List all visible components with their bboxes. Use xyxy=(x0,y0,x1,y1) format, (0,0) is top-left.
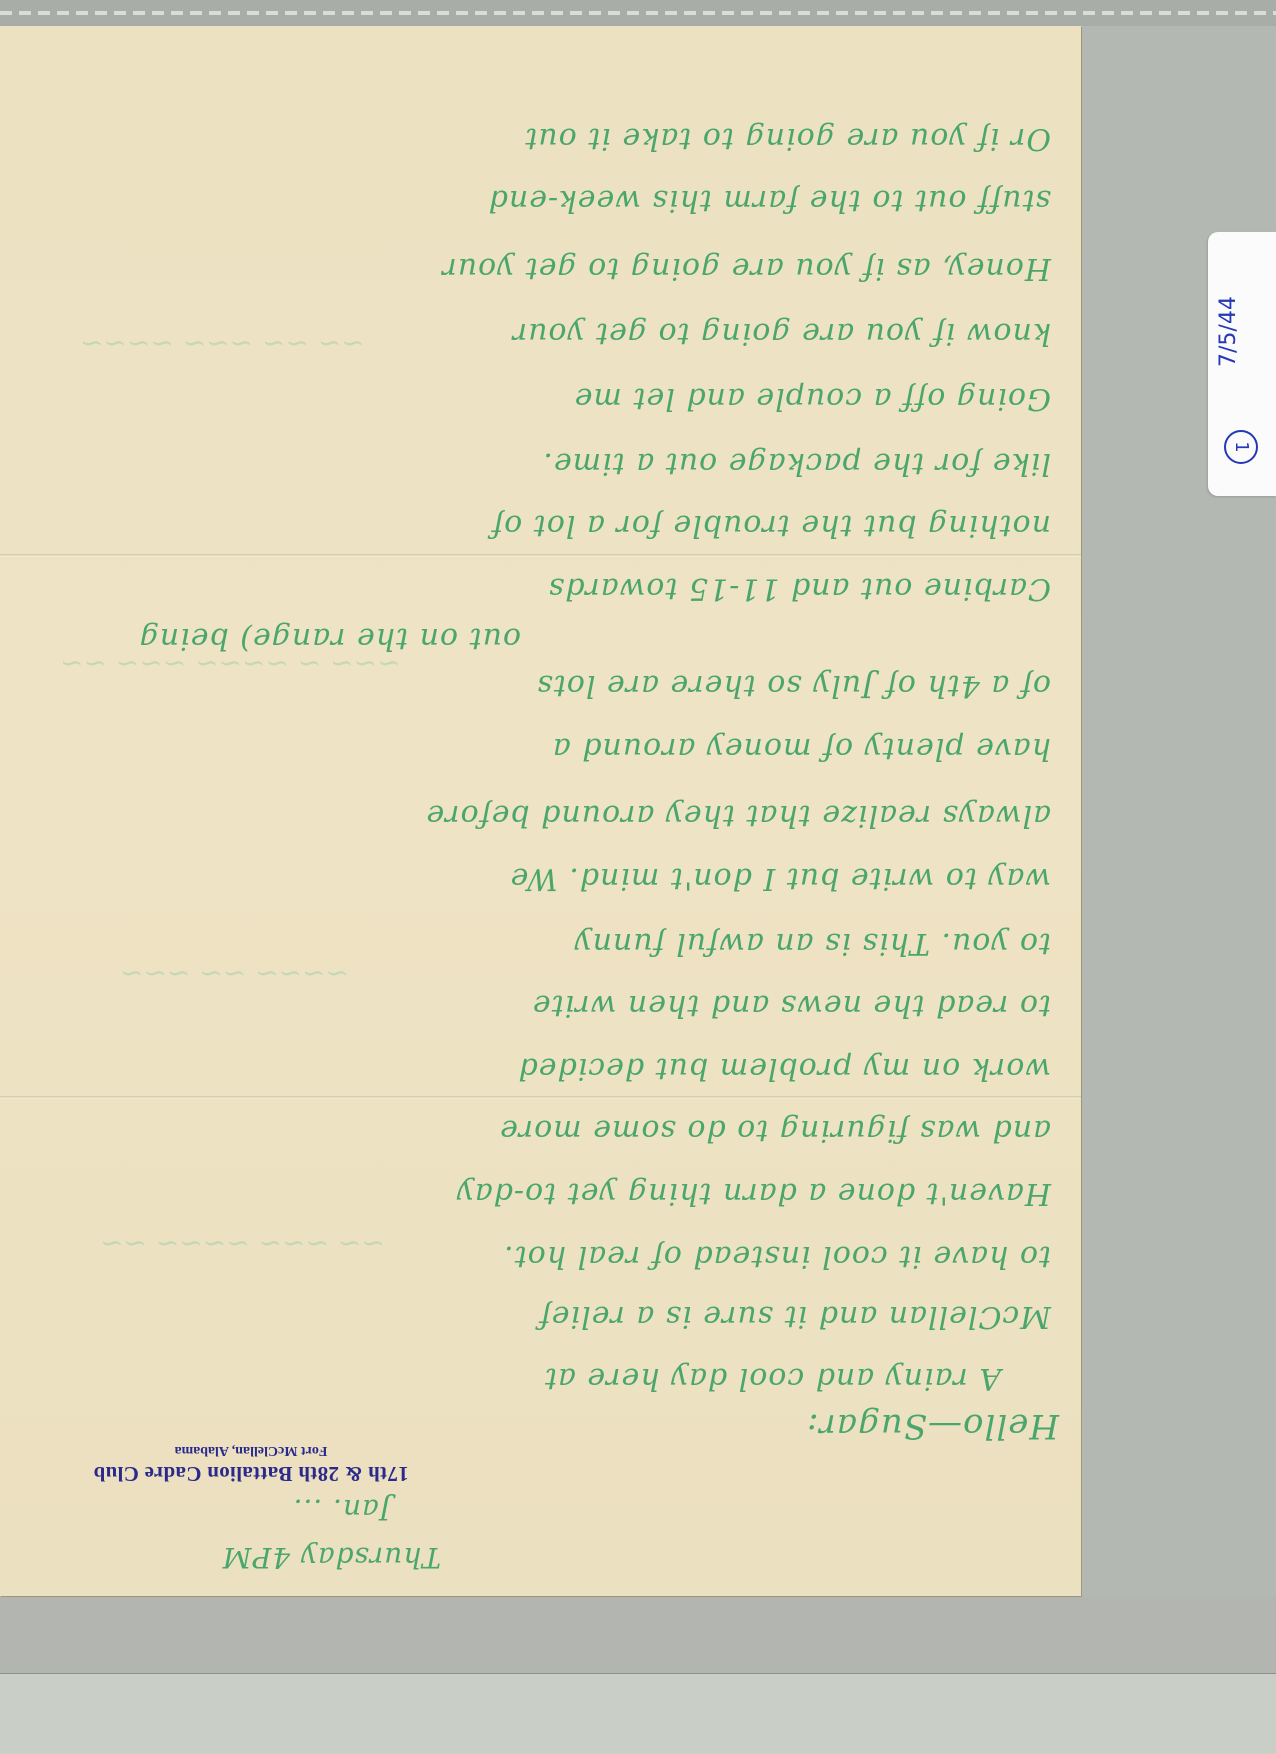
letterhead-title: 17th & 28th Battalion Cadre Club xyxy=(71,1461,431,1486)
body-line: and was figuring to do some more xyxy=(499,1113,1051,1148)
body-line: Or if you are going to take it out xyxy=(524,121,1051,156)
body-line: Going off a couple and let me xyxy=(574,381,1051,416)
body-line: of a 4th of July so there are lots xyxy=(536,668,1051,703)
perforation-line xyxy=(0,11,1276,15)
date-line: Jan. ... xyxy=(293,1493,391,1526)
body-line: Haven't done a darn thing yet to-day xyxy=(456,1176,1051,1211)
body-line: Honey, as if you are going to get your xyxy=(441,251,1051,286)
body-line: nothing but the trouble for a lot of xyxy=(491,508,1051,543)
body-line: like for the package out a time. xyxy=(542,446,1051,481)
tab-date: 7/5/44 xyxy=(1216,272,1266,392)
body-line: stuff out to the farm this week-end xyxy=(488,183,1051,218)
scanner-bed-band xyxy=(0,1597,1276,1674)
body-line: way to write but I don't mind. We xyxy=(510,861,1051,896)
body-line: McClellan and it sure is a relief xyxy=(539,1299,1051,1334)
body-line: Carbine out and 11-15 towards xyxy=(548,571,1051,606)
body-line: always realize that they around before xyxy=(425,798,1051,833)
page-number-badge: 1 xyxy=(1224,430,1258,464)
letter-content-rotated: Thursday 4PM Jan. ... 17th & 28th Battal… xyxy=(0,26,1081,1596)
day-time: Thursday 4PM xyxy=(222,1541,441,1574)
body-line: to have it cool instead of real hot. xyxy=(503,1239,1051,1274)
greeting: Hello—Sugar: xyxy=(806,1406,1059,1446)
body-line: to you. This is an awful funny xyxy=(574,926,1051,961)
archive-label-tab: 7/5/44 1 xyxy=(1208,232,1276,496)
body-line: out on the range) being xyxy=(139,621,521,656)
body-line: to read the news and then write xyxy=(532,988,1051,1023)
body-line: know if you are going to get your xyxy=(512,316,1051,351)
letterhead-location: Fort McClellan, Alabama xyxy=(121,1442,381,1458)
scanner-top-strip xyxy=(0,0,1276,26)
letter-page: ~~ ~~ ~~~ ~~~~ ~~~ ~ ~~~~ ~~~ ~~ ~~~~ ~~… xyxy=(0,26,1081,1596)
body-line: work on my problem but decided xyxy=(518,1051,1051,1086)
body-line: have plenty of money around a xyxy=(552,731,1051,766)
scanner-bed-bottom xyxy=(0,1674,1276,1754)
body-line: A rainy and cool day here at xyxy=(544,1361,1001,1396)
